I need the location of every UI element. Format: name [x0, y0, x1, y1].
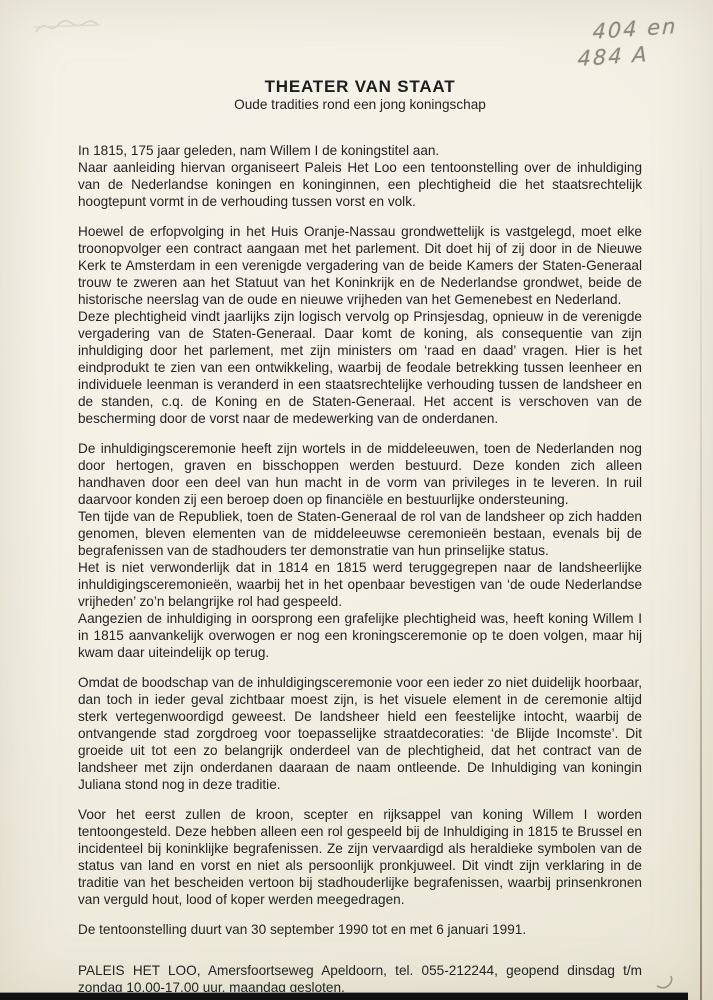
- paragraph-block: De inhuldigingsceremonie heeft zijn wort…: [78, 440, 642, 661]
- handwritten-note-line: 484 A: [577, 39, 677, 72]
- paragraph: De inhuldigingsceremonie heeft zijn wort…: [78, 440, 642, 508]
- paragraph-block: Omdat de boodschap van de inhuldigingsce…: [78, 674, 642, 793]
- paragraph: In 1815, 175 jaar geleden, nam Willem I …: [78, 142, 642, 159]
- paragraph-block: Hoewel de erfopvolging in het Huis Oranj…: [78, 223, 642, 427]
- paragraph: Voor het eerst zullen de kroon, scepter …: [78, 806, 642, 908]
- paragraph: Aangezien de inhuldiging in oorsprong ee…: [78, 610, 642, 661]
- document-subtitle: Oude tradities rond een jong koningschap: [78, 96, 642, 114]
- paragraph-block: Voor het eerst zullen de kroon, scepter …: [78, 806, 642, 908]
- paragraph: Het is niet verwonderlijk dat in 1814 en…: [78, 559, 642, 610]
- paper-edge-right: [700, 140, 702, 1000]
- scan-edge-bottom: [0, 992, 688, 1000]
- scanned-page: 404 en 484 A THEATER VAN STAAT Oude trad…: [0, 0, 713, 1000]
- paragraph: Omdat de boodschap van de inhuldigingsce…: [78, 674, 642, 793]
- page-corner-curl-icon: [655, 972, 677, 992]
- contact-info: PALEIS HET LOO, Amersfoortseweg Apeldoor…: [78, 962, 642, 996]
- exhibition-dates: De tentoonstelling duurt van 30 septembe…: [78, 921, 642, 938]
- paragraph-block: In 1815, 175 jaar geleden, nam Willem I …: [78, 142, 642, 210]
- document-title: THEATER VAN STAAT: [78, 78, 642, 96]
- pencil-scribble-icon: [30, 6, 110, 46]
- paragraph: Naar aanleiding hiervan organiseert Pale…: [78, 159, 642, 210]
- document-content: THEATER VAN STAAT Oude tradities rond ee…: [78, 78, 642, 996]
- paragraph: Hoewel de erfopvolging in het Huis Oranj…: [78, 223, 642, 308]
- paragraph: Deze plechtigheid vindt jaarlijks zijn l…: [78, 308, 642, 427]
- document-body: In 1815, 175 jaar geleden, nam Willem I …: [78, 142, 642, 908]
- document-header: THEATER VAN STAAT Oude tradities rond ee…: [78, 78, 642, 114]
- handwritten-catalog-number: 404 en 484 A: [591, 13, 678, 71]
- paragraph: Ten tijde van de Republiek, toen de Stat…: [78, 508, 642, 559]
